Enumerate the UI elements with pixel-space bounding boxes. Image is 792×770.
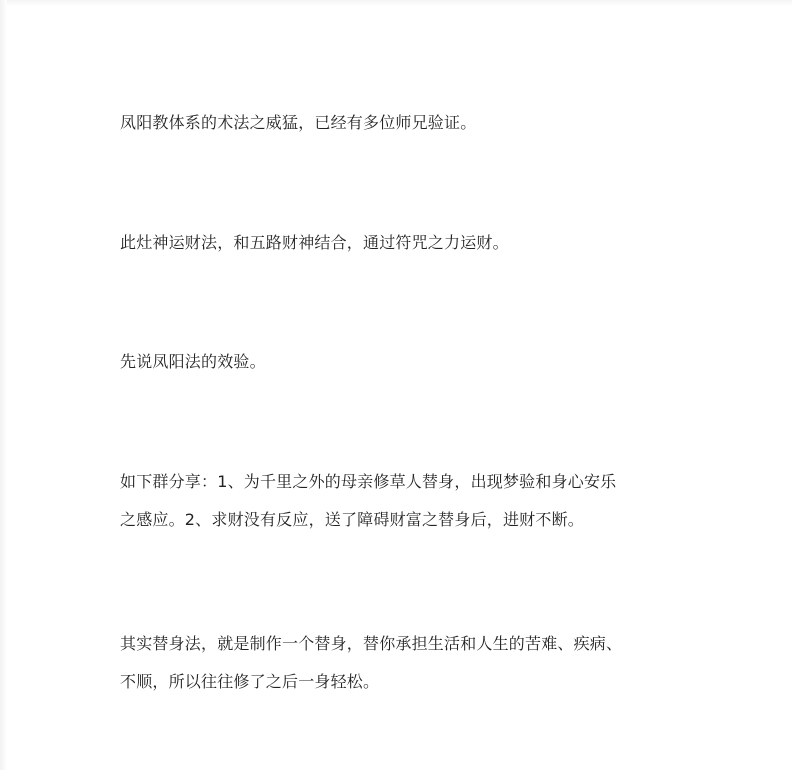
page-left-shadow [0, 0, 7, 770]
paragraph-2: 此灶神运财法，和五路财神结合，通过符咒之力运财。 [120, 224, 509, 262]
paragraph-1: 凤阳教体系的术法之威猛，已经有多位师兄验证。 [120, 104, 476, 142]
paragraph-line: 凤阳教体系的术法之威猛，已经有多位师兄验证。 [120, 104, 476, 142]
paragraph-5: 其实替身法，就是制作一个替身，替你承担生活和人生的苦难、疾病、 不顺，所以往往修… [120, 625, 622, 701]
paragraph-line: 此灶神运财法，和五路财神结合，通过符咒之力运财。 [120, 224, 509, 262]
paragraph-4: 如下群分享：1、为千里之外的母亲修草人替身，出现梦验和身心安乐 之感应。2、求财… [120, 463, 616, 539]
paragraph-line: 如下群分享：1、为千里之外的母亲修草人替身，出现梦验和身心安乐 [120, 463, 616, 501]
page-top-shadow [0, 0, 792, 6]
paragraph-line: 其实替身法，就是制作一个替身，替你承担生活和人生的苦难、疾病、 [120, 625, 622, 663]
paragraph-3: 先说凤阳法的效验。 [120, 343, 266, 381]
paragraph-line: 先说凤阳法的效验。 [120, 343, 266, 381]
document-page: 凤阳教体系的术法之威猛，已经有多位师兄验证。 此灶神运财法，和五路财神结合，通过… [0, 0, 792, 770]
paragraph-line: 不顺，所以往往修了之后一身轻松。 [120, 663, 622, 701]
paragraph-line: 之感应。2、求财没有反应，送了障碍财富之替身后，进财不断。 [120, 501, 616, 539]
